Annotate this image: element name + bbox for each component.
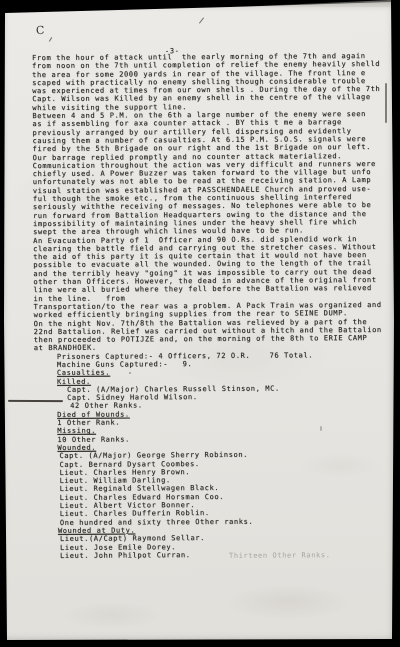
paper-speck <box>129 372 131 374</box>
handwritten-corner-mark: C <box>36 24 45 38</box>
pencil-margin-line <box>385 83 387 123</box>
typewritten-text-area: -3- From the hour of attack until the ea… <box>0 0 400 647</box>
paper-edge-scratch <box>0 586 4 644</box>
pencil-margin-dash <box>8 400 63 402</box>
scanned-page: -3- From the hour of attack until the ea… <box>0 0 400 647</box>
text-body: From the hour of attack until the early … <box>32 52 393 560</box>
page-behind-edge <box>233 0 391 7</box>
faint-text-note: Thirteen Other Ranks. <box>229 551 331 560</box>
paper-speck <box>320 426 322 431</box>
text-line: Lieut. John Philpot Curran. <box>35 550 393 560</box>
